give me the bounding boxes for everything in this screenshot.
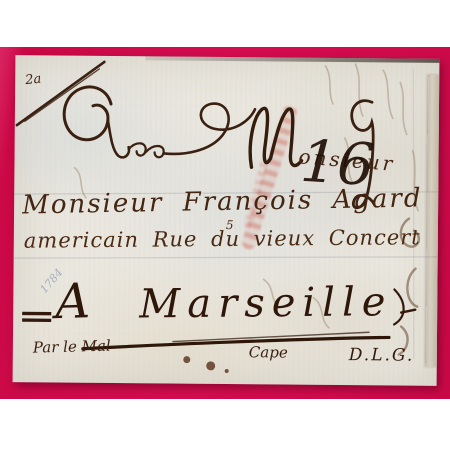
- annotation-bottom-left: Par le Mal: [33, 339, 111, 356]
- corner-note: 2a: [25, 73, 42, 87]
- salutation-m-flourish: [250, 108, 302, 167]
- annotation-bottom-right: D.L.G.: [349, 347, 415, 365]
- ink-spots: [183, 356, 229, 373]
- annotation-bottom-center: Cape: [249, 345, 288, 360]
- address-line-1: Monsieur François Agard: [22, 185, 423, 218]
- equals-mark: =: [17, 302, 56, 332]
- trailing-flourish: [394, 289, 415, 324]
- salutation-a-flourish: [64, 87, 255, 159]
- destination-city: Marseille: [139, 282, 393, 324]
- folded-letter: 2a onsieur 16 Monsieur François Agard 5 …: [13, 55, 440, 386]
- marseille-underline: [83, 330, 389, 352]
- destination-prefix: A: [55, 277, 91, 326]
- framed-photo: 2a onsieur 16 Monsieur François Agard 5 …: [0, 47, 450, 399]
- address-line-2: americain Rue du vieux Concert: [24, 227, 421, 251]
- corner-slash-mark: [17, 61, 105, 126]
